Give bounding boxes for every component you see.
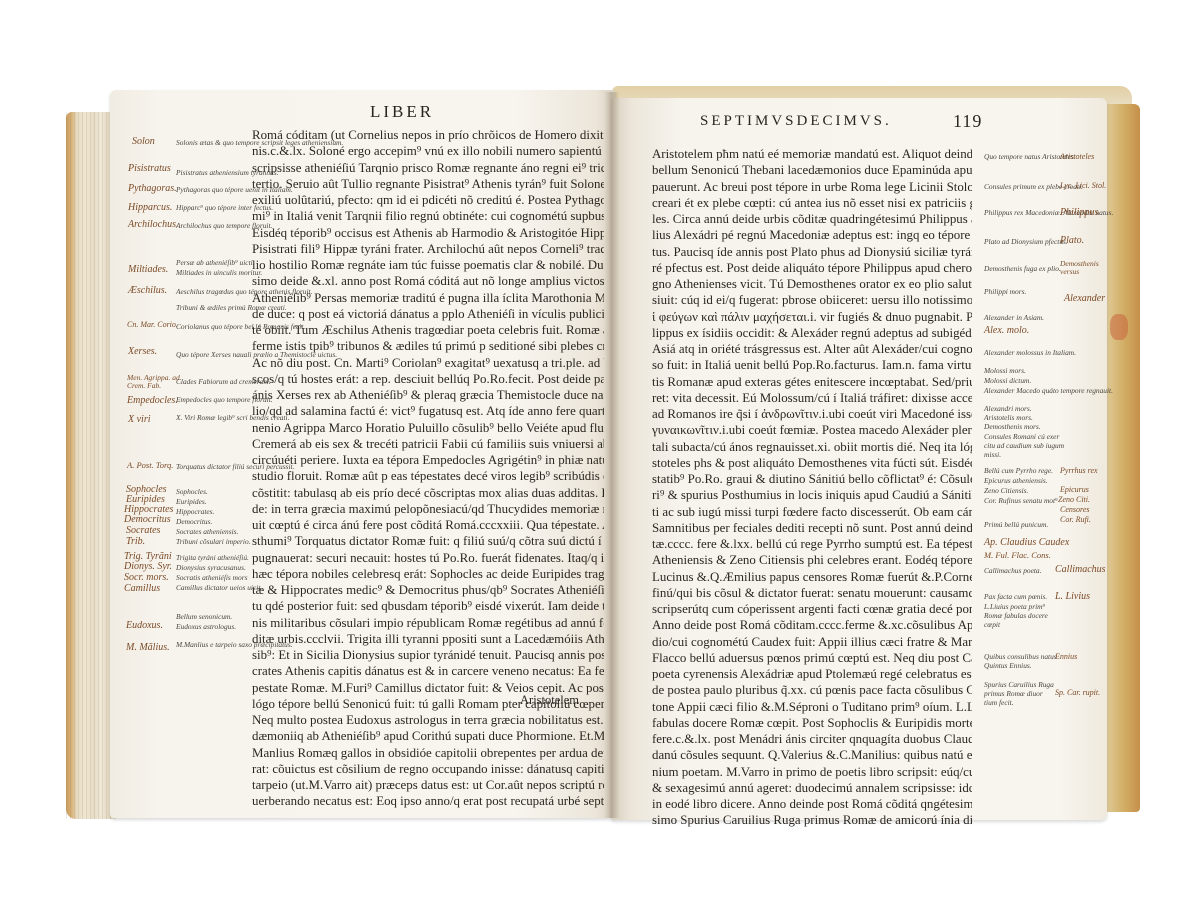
handwritten-note: A. Post. Torq. (127, 460, 173, 470)
margin-note: Miltiades in uinculis moritur. (176, 268, 262, 277)
handwritten-note: Dionys. Syr. (124, 561, 172, 572)
text-line: Atheniensis & Zeno Citiensis phi celebre… (652, 552, 972, 568)
text-line: nenio Agrippa Marco Horatio Puluillo cõs… (252, 420, 604, 436)
catchword: Aristotelem (520, 693, 579, 708)
margin-note: Molossi mors. (984, 366, 1026, 375)
text-line: tæ & Hippocrates medic⁹ & Democritus phu… (252, 582, 604, 598)
handwritten-note: Æschilus. (128, 285, 167, 296)
handwritten-note: Men. Agrippa. ad Crem. Fab. (127, 374, 182, 390)
text-line: de duce: q post eá victoriá dánatus a pp… (252, 306, 604, 322)
text-line: pugnauerat: securi necauit: hostes tú Po… (252, 550, 604, 566)
text-line: Anno deide post Romá cõditam.cccc.ferme … (652, 617, 972, 633)
handwritten-note: M. Mãlius. (126, 642, 170, 653)
left-running-head: LIBER (370, 102, 434, 122)
text-line: ad Romanos ire q̃si í ἀνδρωνῖτιν.i.ubi c… (652, 406, 972, 422)
text-line: ti ac sub iugú missi turpi fœdere facto … (652, 504, 972, 520)
margin-note: Plato ad Dionysium pfectus. (984, 237, 1068, 246)
handwritten-note: Alex. molo. (984, 325, 1029, 336)
text-line: siuit: cúq id ei/q fugerat: pbrose obiic… (652, 292, 972, 308)
margin-note: Molossi dictum. (984, 376, 1031, 385)
text-line: Neq multo postea Eudoxus astrologus in t… (252, 712, 604, 728)
text-line: de: in terra græcia maximú pelopõnesiacú… (252, 501, 604, 517)
margin-note: Pisistratus atheniensium tyrannus. (176, 168, 278, 177)
folio-number: 119 (953, 111, 982, 132)
margin-note: Alexander Macedo quáto tempore regnauit. (984, 386, 1113, 395)
handwritten-note: Archilochus. (128, 219, 178, 230)
handwritten-note: Empedocles. (127, 395, 178, 406)
margin-note: Clades Fabiorum ad cremeram. (176, 377, 271, 386)
text-line: mi⁹ in Italiá venit Tarqnii filio regnú … (252, 208, 604, 224)
handwritten-note: Socrates (126, 525, 160, 536)
margin-note: Persæ ab atheniéſib⁹ uicti. (176, 258, 255, 267)
margin-note: Alexander in Asiam. (984, 313, 1044, 322)
right-page-text: Aristotelem pħm natú eé memoriæ mandatú … (652, 146, 972, 829)
handwritten-note: Eudoxus. (126, 620, 163, 631)
text-line: ri⁹ & spurius Posthumius in locis iniqui… (652, 487, 972, 503)
text-line: poeta cyrenensis Alexádriæ apud Ptolemæú… (652, 666, 972, 682)
right-running-head: SEPTIMVSDECIMVS. (700, 113, 892, 130)
text-line: so fuit: in Italiá uenit bellú Pop.Ro.fa… (652, 357, 972, 373)
text-line: tone Appii cæci filio &.M.Séproni o Tudi… (652, 699, 972, 715)
text-line: nis militaribus cõsulari impio républica… (252, 615, 604, 631)
handwritten-note: Pisistratus (128, 163, 171, 174)
handwritten-note: Camillus (124, 583, 160, 594)
margin-note: Camillus dictator ueios uicit. (176, 583, 262, 592)
margin-note: Zeno Citiensis. (984, 486, 1028, 495)
margin-note: Alexandri mors. (984, 404, 1032, 413)
text-line: scos/q tú hostes erát: a rep. desciuit b… (252, 371, 604, 387)
margin-note: Hipparc⁹ quo tépore inter fectus. (176, 203, 273, 212)
text-line: & sexagesimú annú ageret: duodecimú anna… (652, 780, 972, 796)
margin-note: Spurius Caruilius Ruga primus Romæ diuor… (984, 680, 1056, 707)
handwritten-note: Cn. Mar. Corio. (127, 320, 178, 329)
text-line: ánis Xerses rex ab Atheniéſib⁹ & pleraq … (252, 387, 604, 403)
text-line: statib⁹ Po.Ro. graui & diutino Sánitiú b… (652, 471, 972, 487)
text-line: lius Alexádri pé regnú Macedoniæ adeptus… (652, 227, 972, 243)
handwritten-note: Pythagoras. (128, 183, 177, 194)
margin-note: Aeschilus tragœdus quo tépore athenis fl… (176, 287, 312, 296)
text-line: Eisdéq téporib⁹ occisus est Athenis ab H… (252, 225, 604, 241)
text-line: Cremerá ab eis sex & trecéti patricii Fa… (252, 436, 604, 452)
margin-note: Tribuni cõsulari imperio. (176, 537, 251, 546)
text-line: uit cœptú é circa ánú fere post cõditá R… (252, 517, 604, 533)
margin-note: Sophocles. (176, 487, 208, 496)
margin-note: Coriolanus quo tépore bel lú Romanis fec… (176, 322, 305, 331)
text-line: studio floruit. Romæ aût p eas tépestate… (252, 468, 604, 484)
handwritten-note: Pyrrhus rex (1060, 466, 1098, 475)
margin-note: Pax facta cum pœnis. (984, 592, 1047, 601)
text-line: simo Spurius Caruilius Ruga primus Romæ … (652, 812, 972, 828)
book-gutter (604, 92, 620, 818)
margin-note: Trigita tyráni atheniéſiú. (176, 553, 249, 562)
text-line: Manlius Romæq gallos in obsidióe capitol… (252, 745, 604, 761)
margin-note: L.Liuius poeta prim⁹ Romæ fabulas docere… (984, 602, 1062, 629)
margin-note: Euripides. (176, 497, 207, 506)
text-line: bellum Senonicú Thebani lacedæmonios duc… (652, 162, 972, 178)
text-line: scripsisse atheniéſiú Tarqnio prisco Rom… (252, 160, 604, 176)
handwritten-note: Miltiades. (128, 264, 168, 275)
text-line: tus. Paucisq íde annis post Plato phus a… (652, 244, 972, 260)
text-line: ditæ urbis.ccclvii. Trigita illi tyranni… (252, 631, 604, 647)
handwritten-note: Xerses. (128, 346, 157, 357)
text-line: gno Athenienses vicit. Tú Demosthenes or… (652, 276, 972, 292)
text-line: Aristotelem pħm natú eé memoriæ mandatú … (652, 146, 972, 162)
text-line: Flacco bellú aduersus pœnos primú cœptú … (652, 650, 972, 666)
text-line: tæ.cccc. fere &.lxx. bellú cú rege Pyrrh… (652, 536, 972, 552)
handwritten-note: Socr. mors. (124, 572, 169, 583)
handwritten-note: M. Ful. Flac. Cons. (984, 550, 1051, 560)
margin-note: Demosthenis fuga ex plio. (984, 264, 1061, 273)
handwritten-note: Hipparcus. (128, 202, 172, 213)
margin-note: Socrates atheniensis. (176, 527, 238, 536)
handwritten-note: Callimachus (1055, 564, 1106, 575)
text-line: de postea paulo pluribus q̃.xx. cú pœnis… (652, 682, 972, 698)
handwritten-note: Cor. Rufi. (1060, 515, 1091, 524)
text-line: crates Athenis capitis dánatus est & in … (252, 663, 604, 679)
text-line: sthumi⁹ Torquatus dictator Romæ fuit: q … (252, 533, 604, 549)
text-line: lippus ex ísidiis occidit: & Alexáder re… (652, 325, 972, 341)
left-fore-edge (66, 112, 116, 819)
text-line: fabulas docere Romæ cœpit. Post Sophocli… (652, 715, 972, 731)
text-line: lio hostilio Romæ regnáte iam túc fuisse… (252, 257, 604, 273)
margin-note: Demosthenis mors. (984, 422, 1041, 431)
margin-note: Consules Romani cú exer citu ad caudium … (984, 432, 1069, 459)
handwritten-note: Plato. (1060, 235, 1084, 246)
handwritten-note: Censores (1060, 505, 1089, 514)
text-line: tertio. Seruio aût Tullio regnante Pisis… (252, 176, 604, 192)
text-line: tu qdé posterior fuit: sed qbusdam tépor… (252, 598, 604, 614)
text-line: pauerunt. Ac breui post tépore in urbe R… (652, 179, 972, 195)
text-line: Lucinus &.Q.Æmilius papus censores Romæ … (652, 569, 972, 585)
red-stain (1110, 314, 1128, 340)
margin-note: Quibus consulibus natus Quintus Ennius. (984, 652, 1062, 670)
text-line: finú/qui bis cõsul & dictator fuerat: se… (652, 585, 972, 601)
text-line: dio/cui cognométú Caudex fuit: Appii ill… (652, 634, 972, 650)
text-line: ἱ φεύγων καὶ πάλιν μαχήσεται.i. vir fugi… (652, 309, 972, 325)
text-line: cõstitit: tabulasq ab eis prío decé cõsc… (252, 485, 604, 501)
text-line: sib⁹: Et in Sicilia Dionysius supior tyr… (252, 647, 604, 663)
handwritten-note: Lyc. Lici. Stol. (1060, 181, 1106, 190)
margin-note: Quo tépore Xerses nauali prælio a Themis… (176, 350, 337, 359)
text-line: hæc tépora nobiles celebresq erát: Sopho… (252, 566, 604, 582)
text-line: tis Romanæ apud exteras gétes enitescere… (652, 374, 972, 390)
text-line: Asiá atq in oriété trásgressus est. Alte… (652, 341, 972, 357)
text-line: ré pfectus est. Post deide aliquáto tépo… (652, 260, 972, 276)
margin-note: X. Viri Romæ legib⁹ scri bendis creati. (176, 413, 289, 422)
margin-note: Tribuni & ædiles primú Romæ creati. (176, 303, 287, 312)
margin-note: Epicurus atheniensis. (984, 476, 1048, 485)
margin-note: Alexander molossus in Italiam. (984, 348, 1076, 357)
margin-note: Hippocrates. (176, 507, 214, 516)
margin-note: Archilochus quo tempore floruit. (176, 221, 272, 230)
margin-note: Philippi mors. (984, 287, 1026, 296)
handwritten-note: Solon (132, 136, 155, 147)
text-line: γυναικωνῖτιν.i.ubi coeút fœmiæ. Postea m… (652, 422, 972, 438)
handwritten-note: Aristoteles (1060, 152, 1094, 161)
handwritten-note: Sp. Car. rupit. (1055, 688, 1100, 697)
text-line: dæmoniiq ab Atheniéſib⁹ apud Corithú sup… (252, 728, 604, 744)
handwritten-note: Demosthenis versus (1060, 260, 1100, 276)
handwritten-note: Epicurus (1060, 485, 1089, 494)
handwritten-note: Ennius (1055, 652, 1077, 661)
text-line: in eodé libro dicere. Anno deinde post R… (652, 796, 972, 812)
handwritten-note: Zeno Citi. (1058, 495, 1090, 504)
text-line: scripserútq cum cóperissent argenti fact… (652, 601, 972, 617)
margin-note: Eudoxus astrologus. (176, 622, 236, 631)
handwritten-note: Philippus (1060, 207, 1098, 218)
margin-note: Primú bellú punicum. (984, 520, 1048, 529)
text-line: exiliú uolûtariú, pfecto: qm id ei pdicé… (252, 192, 604, 208)
text-line: rat: cõuictus est cõsilium de regno occu… (252, 761, 604, 777)
margin-note: Democritus. (176, 517, 212, 526)
margin-note: M.Manlius e tarpeio saxo præcipitatus. (176, 640, 293, 649)
text-line: Pisistrati fili⁹ Hippæ tyráni frater. Ar… (252, 241, 604, 257)
text-line: danú cõsules sequunt. Q.Valerius &.C.Man… (652, 747, 972, 763)
handwritten-note: L. Livius (1055, 591, 1090, 602)
margin-note: Dionysius syracusanus. (176, 563, 246, 572)
text-line: creari ét ex plebe cœpti: cú antea ius n… (652, 195, 972, 211)
margin-note: Socratis atheniéſis mors (176, 573, 247, 582)
text-line: lio/qd ad salamina factú é: vict⁹ fugatu… (252, 403, 604, 419)
margin-note: Pythagoras quo tépore uenit in Italiam. (176, 185, 293, 194)
text-line: ret: vita decessit. Eú Molossum/cú í Ita… (652, 390, 972, 406)
handwritten-note: Ap. Claudius Caudex (984, 537, 1069, 548)
margin-note: Cor. Rufinus senatu mot⁹ (984, 496, 1058, 505)
margin-note: Aristotelis mors. (984, 413, 1033, 422)
margin-note: Torquatus dictator filiú securi percussi… (176, 462, 294, 471)
margin-note: Bellú cum Pyrrho rege. (984, 466, 1053, 475)
text-line: tali subacta/cú ános regnauisset.xi. obi… (652, 439, 972, 455)
handwritten-note: X viri (128, 414, 151, 425)
handwritten-note: Alexander (1064, 293, 1105, 304)
margin-note: Solonis ætas & quo tempore scripsit lege… (176, 138, 343, 147)
margin-note: Empedocles quo tempore floruit. (176, 395, 273, 404)
text-line: stoteles phs & post aliquáto Demosthenes… (652, 455, 972, 471)
margin-note: Callimachus poeta. (984, 566, 1041, 575)
text-line: tarpeio (ut.M.Varro ait) præceps datus e… (252, 777, 604, 793)
open-book-photo: LIBER SEPTIMVSDECIMVS. 119 Romá códitam … (0, 0, 1200, 907)
text-line: nium poetam. M.Varro in primo de poetis … (652, 764, 972, 780)
text-line: les. Circa annú deide urbis cõditæ quadr… (652, 211, 972, 227)
text-line: circúuéti periere. Iuxta ea tépora Emped… (252, 452, 604, 468)
handwritten-note: Trib. (126, 536, 145, 547)
text-line: Samnitibus per feciales dediti recepti n… (652, 520, 972, 536)
handwritten-note: Democritus (124, 514, 171, 525)
text-line: fere.c.&.lx. post Menádri ánis circiter … (652, 731, 972, 747)
margin-note: Bellum senonicum. (176, 612, 232, 621)
text-line: uerberando necatus est: Eoq ipso anno/q … (252, 793, 604, 809)
